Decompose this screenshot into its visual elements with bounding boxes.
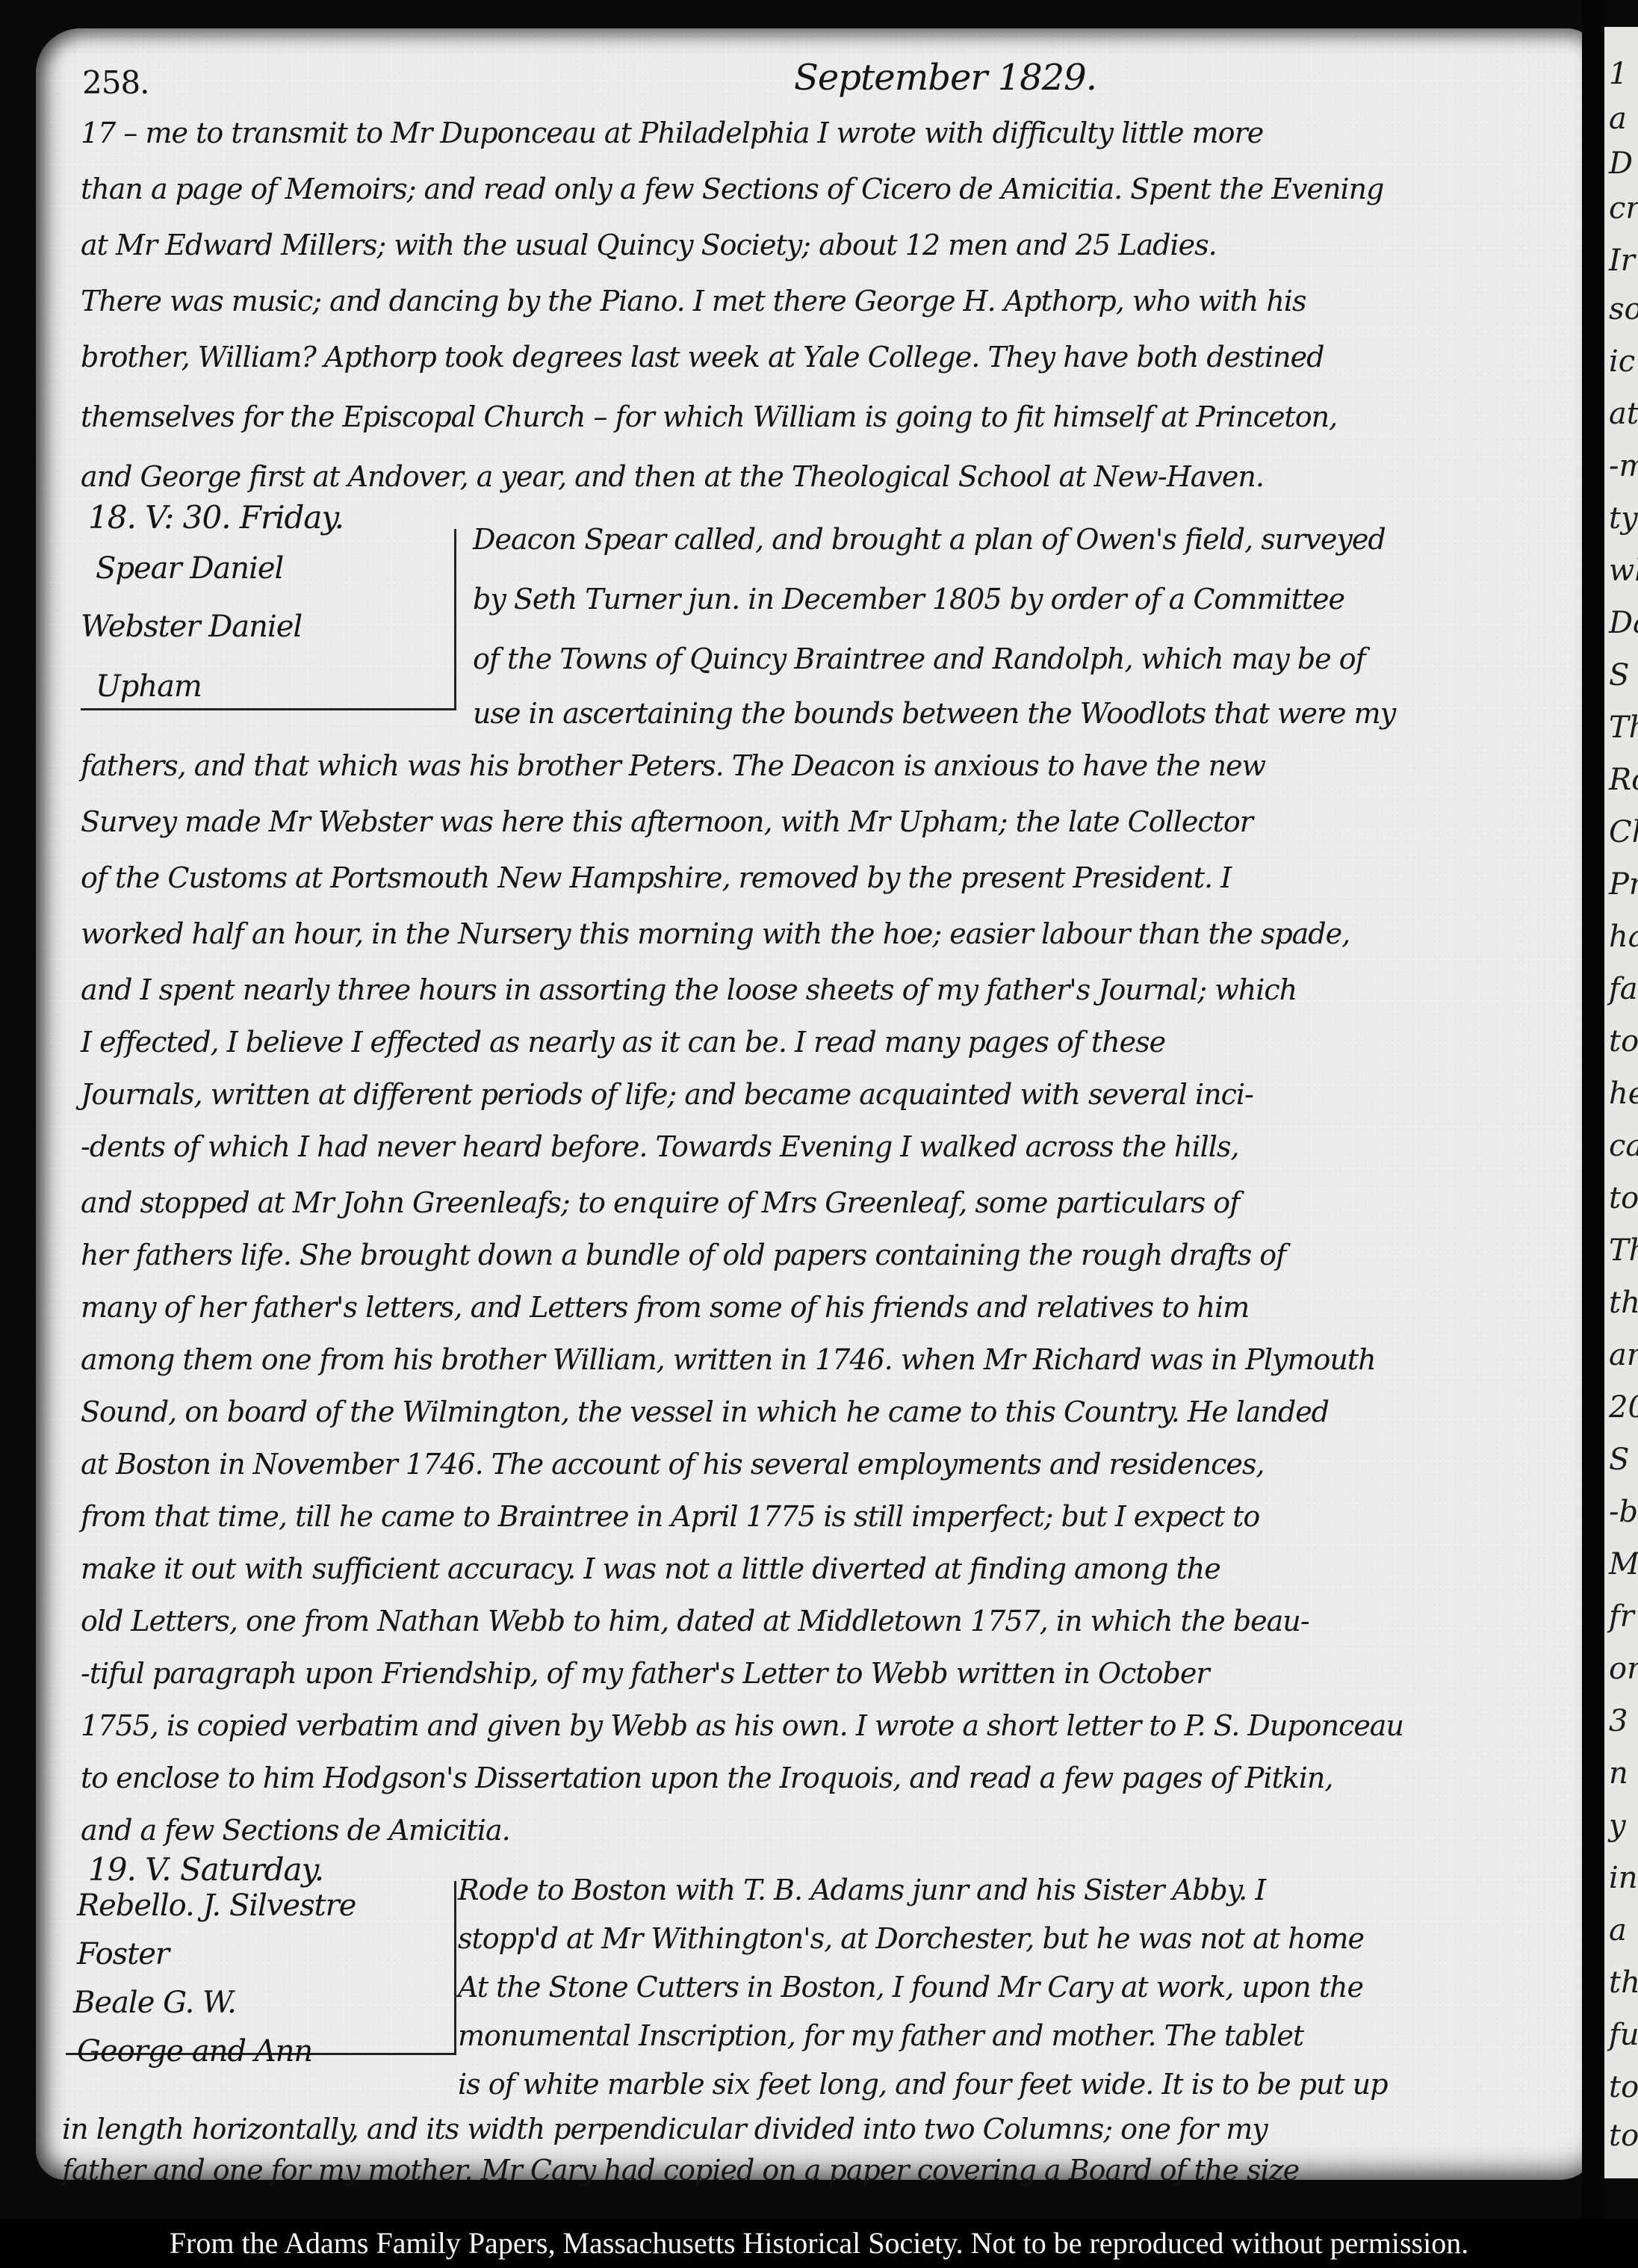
journal-line: Survey made Mr Webster was here this aft… [81,805,1253,838]
facing-fragment: he [1609,1076,1638,1111]
facing-fragment: so [1609,292,1638,326]
facing-fragment: M [1609,1547,1638,1581]
facing-fragment: a [1609,1913,1627,1948]
page-number: 258. [82,64,149,101]
facing-fragment: to [1609,2070,1638,2104]
journal-line: Deacon Spear called, and brought a plan … [473,523,1386,556]
attribution-footer: From the Adams Family Papers, Massachuse… [0,2219,1638,2268]
journal-line: of the Customs at Portsmouth New Hampshi… [81,861,1231,894]
journal-line: among them one from his brother William,… [81,1343,1376,1376]
journal-line: in length horizontally, and its width pe… [62,2113,1268,2145]
book-gutter [1582,0,1604,2219]
facing-fragment: to [1609,2119,1638,2153]
margin-name: Rebello. J. Silvestre [77,1889,356,1923]
facing-fragment: S [1609,658,1629,693]
journal-line: stopp'd at Mr Withington's, at Dorcheste… [458,1922,1364,1955]
journal-line: themselves for the Episcopal Church – fo… [81,400,1337,433]
facing-fragment: the [1609,1965,1638,2000]
facing-fragment: a [1609,102,1627,136]
journal-line: make it out with sufficient accuracy. I … [81,1552,1220,1585]
margin-name: Webster Daniel [81,610,302,644]
facing-fragment: to [1609,1024,1638,1059]
facing-fragment: an [1609,1338,1638,1372]
facing-page-edge: 1 a D cr Ir so ic at -ma ty wh Da S Tha … [1604,27,1638,2178]
margin-name: Beale G. W. [73,1986,236,2020]
margin-name: Spear Daniel [96,551,283,586]
facing-fragment: ty [1609,501,1638,536]
journal-line: to enclose to him Hodgson's Dissertation… [81,1762,1333,1794]
journal-line: and a few Sections de Amicitia. [81,1814,510,1847]
journal-line: At the Stone Cutters in Boston, I found … [458,1971,1363,2004]
manuscript-page: 258. September 1829. 17 – me to transmit… [36,28,1597,2180]
facing-fragment: or [1609,1652,1638,1686]
journal-line: I effected, I believe I effected as near… [81,1026,1165,1059]
journal-line: brother, William? Apthorp took degrees l… [81,341,1324,374]
facing-fragment: at [1609,397,1638,431]
facing-fragment: fa [1609,972,1638,1006]
scan-viewport: 258. September 1829. 17 – me to transmit… [0,0,1638,2219]
journal-line: father and one for my mother. Mr Cary ha… [62,2154,1299,2187]
journal-line: at Mr Edward Millers; with the usual Qui… [81,229,1217,261]
facing-fragment: Rob [1609,763,1638,797]
facing-fragment: in [1609,1861,1638,1895]
facing-fragment: Ir [1609,244,1635,278]
month-heading: September 1829. [794,57,1096,99]
facing-fragment: fr [1609,1599,1634,1634]
facing-fragment: n [1609,1756,1628,1791]
facing-fragment: can [1609,1129,1638,1163]
journal-line: use in ascertaining the bounds between t… [473,697,1395,730]
margin-name: George and Ann [77,2034,312,2069]
journal-line: many of her father's letters, and Letter… [81,1291,1249,1324]
journal-line: her fathers life. She brought down a bun… [81,1239,1285,1271]
journal-line: of the Towns of Quincy Braintree and Ran… [473,642,1365,675]
facing-fragment: Pro [1609,867,1638,902]
journal-line: from that time, till he came to Braintre… [81,1500,1259,1533]
facing-fragment: -be [1609,1495,1638,1529]
journal-line: and stopped at Mr John Greenleafs; to en… [81,1186,1239,1219]
journal-line: There was music; and dancing by the Pian… [81,285,1306,317]
facing-fragment: Cha [1609,815,1638,849]
facing-fragment: 1 [1609,57,1628,91]
margin-name: Foster [77,1937,169,1971]
journal-line: than a page of Memoirs; and read only a … [81,173,1383,205]
facing-fragment: the [1609,1286,1638,1320]
facing-fragment: -ma [1609,449,1638,483]
facing-fragment: cr [1609,191,1638,226]
journal-line: is of white marble six feet long, and fo… [458,2068,1388,2101]
journal-line: -dents of which I had never heard before… [81,1130,1238,1163]
facing-fragment: Da [1609,606,1638,640]
journal-line: Rode to Boston with T. B. Adams junr and… [458,1874,1265,1906]
facing-fragment: D [1609,146,1633,181]
journal-line: and George first at Andover, a year, and… [81,460,1264,493]
facing-fragment: ha [1609,920,1638,954]
journal-line: by Seth Turner jun. in December 1805 by … [473,583,1344,616]
journal-line: Journals, written at different periods o… [81,1078,1253,1111]
journal-line: old Letters, one from Nathan Webb to him… [81,1605,1309,1638]
facing-fragment: S [1609,1443,1629,1477]
facing-fragment: 20 [1609,1390,1638,1425]
facing-fragment: wh [1609,554,1638,588]
journal-line: monumental Inscription, for my father an… [458,2019,1303,2052]
journal-line: fathers, and that which was his brother … [81,749,1265,782]
facing-fragment: to [1609,1181,1638,1215]
facing-fragment: Tha [1609,710,1638,745]
facing-fragment: fu [1609,2018,1638,2052]
journal-line: Sound, on board of the Wilmington, the v… [81,1395,1329,1428]
journal-line: at Boston in November 1746. The account … [81,1448,1264,1481]
journal-line: and I spent nearly three hours in assort… [81,973,1297,1006]
journal-line: -tiful paragraph upon Friendship, of my … [81,1657,1209,1690]
journal-line: 1755, is copied verbatim and given by We… [81,1709,1403,1742]
facing-fragment: 3 [1609,1704,1628,1738]
facing-fragment: The [1609,1233,1638,1268]
journal-line: worked half an hour, in the Nursery this… [81,917,1350,950]
journal-line: 17 – me to transmit to Mr Duponceau at P… [81,117,1263,149]
facing-fragment: ic [1609,344,1635,379]
facing-fragment: y [1609,1809,1626,1843]
margin-name: Upham [96,669,202,704]
